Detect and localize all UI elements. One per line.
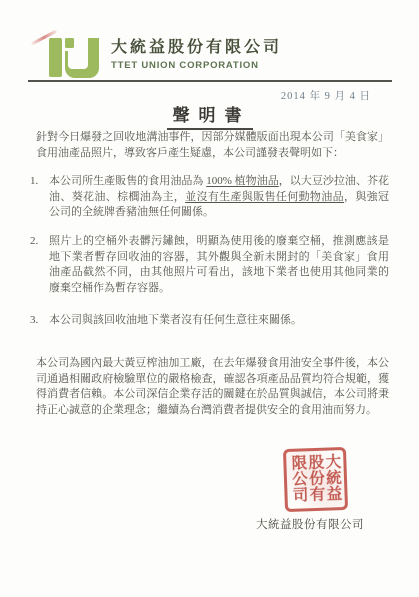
header-company-names: 大統益股份有限公司 TTET UNION CORPORATION [111, 37, 282, 71]
header-divider-line [28, 80, 392, 82]
intro-paragraph: 針對今日爆發之回收地溝油事件，因部分媒體版面出現本公司「美食家」食用油產品照片，… [36, 130, 389, 161]
item-text: 照片上的空桶外表髒污鏽蝕，明顯為使用後的廢棄空桶，推測應該是地下業者暫存回收油的… [49, 235, 389, 294]
statement-list: 1. 本公司所生產販售的食用油品為 100% 植物油品，以大豆沙拉油、芥花油、葵… [36, 174, 389, 329]
seal-text: 大統益股份有限公司 [289, 453, 342, 507]
item-number: 3. [30, 313, 38, 329]
ttet-union-logo-icon [48, 37, 100, 78]
item-number: 2. [30, 234, 38, 250]
company-red-seal: 大統益股份有限公司 [283, 447, 348, 512]
item-text-segment: 本公司所生產販售的食用油品為 [49, 175, 206, 187]
document-header: 大統益股份有限公司 TTET UNION CORPORATION [48, 37, 282, 78]
statement-document-page: 大統益股份有限公司 TTET UNION CORPORATION 2014 年 … [0, 0, 419, 597]
item-number: 1. [30, 174, 38, 190]
item-text: 本公司與該回收油地下業者沒有任何生意往來關係。 [49, 314, 302, 326]
signature-company-name: 大統益股份有限公司 [256, 516, 364, 532]
item-text-underlined: 100% 植物油品 [206, 175, 279, 187]
company-name-chinese: 大統益股份有限公司 [111, 39, 282, 57]
document-title: 聲明書 [167, 101, 253, 130]
title-row: 聲明書 [0, 101, 419, 130]
item-text-underlined: 並沒有生產與販售任何動物油品 [185, 191, 344, 203]
company-name-english: TTET UNION CORPORATION [111, 60, 282, 71]
statement-item-2: 2. 照片上的空桶外表髒污鏽蝕，明顯為使用後的廢棄空桶，推測應該是地下業者暫存回… [36, 234, 389, 296]
statement-item-1: 1. 本公司所生產販售的食用油品為 100% 植物油品，以大豆沙拉油、芥花油、葵… [36, 174, 389, 221]
closing-paragraph: 本公司為國內最大黃豆榨油加工廠，在去年爆發食用油安全事件後，本公司通過相關政府檢… [36, 356, 389, 418]
statement-item-3: 3. 本公司與該回收油地下業者沒有任何生意往來關係。 [36, 313, 389, 329]
document-body: 針對今日爆發之回收地溝油事件，因部分媒體版面出現本公司「美食家」食用油產品照片，… [36, 130, 389, 418]
